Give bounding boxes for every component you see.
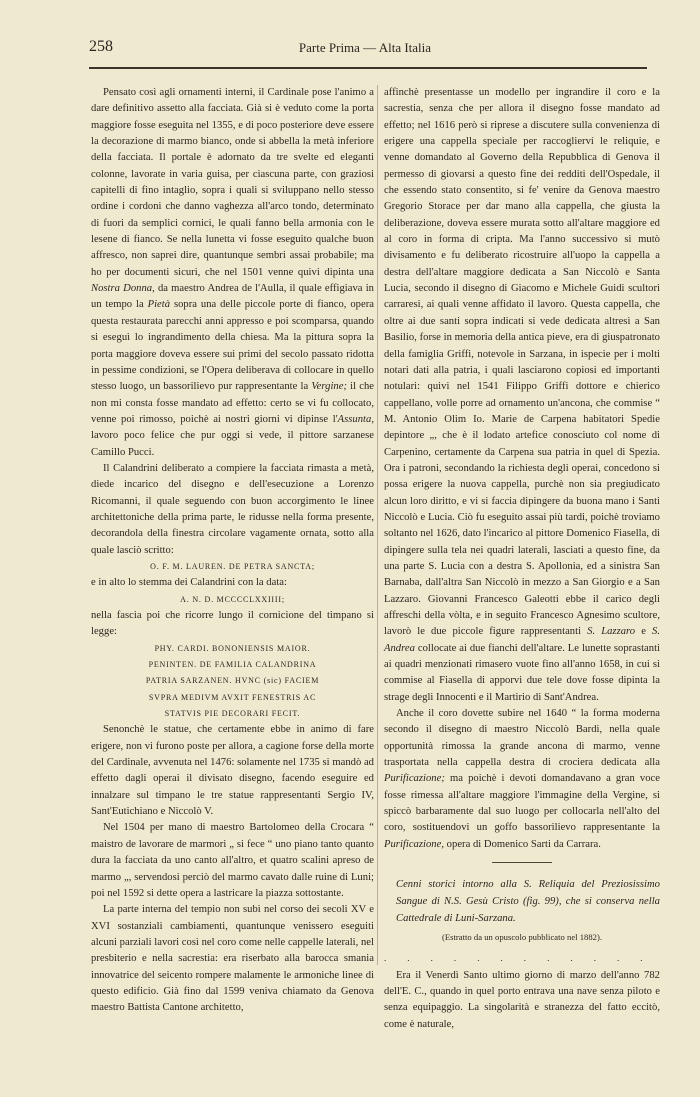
section-rule	[492, 862, 552, 863]
paragraph: Nel 1504 per mano di maestro Bartolomeo …	[91, 820, 374, 902]
inscription-line: PHY. CARDI. BONONIENSIS MAIOR.	[91, 641, 374, 657]
paragraph: Anche il coro dovette subire nel 1640 “ …	[384, 706, 660, 853]
paragraph: La parte interna del tempio non subì nel…	[91, 902, 374, 1016]
paragraph: nella fascia poi che ricorre lungo il co…	[91, 608, 374, 641]
section-title: Cenni storici intorno alla S. Reliquia d…	[384, 876, 660, 927]
paragraph: affinchè presentasse un modello per ingr…	[384, 85, 660, 706]
paragraph: e in alto lo stemma dei Calandrini con l…	[91, 575, 374, 591]
paragraph: Era il Venerdì Santo ultimo giorno di ma…	[384, 968, 660, 1033]
header-rule	[89, 67, 647, 69]
inscription-line: PATRIA SARZANEN. HVNC (sic) FACIEM	[91, 673, 374, 689]
paragraph: Il Calandrini deliberato a compiere la f…	[91, 461, 374, 559]
book-page: 258 Parte Prima — Alta Italia Pensato co…	[0, 0, 700, 1097]
paragraph: Senonchè le statue, che certamente ebbe …	[91, 722, 374, 820]
inscription-line: PENINTEN. DE FAMILIA CALANDRINA	[91, 657, 374, 673]
inscription-line: STATVIS PIE DECORARI FECIT.	[91, 706, 374, 722]
section-note: (Estratto da un opuscolo pubblicato nel …	[384, 929, 660, 945]
right-column: affinchè presentasse un modello per ingr…	[384, 85, 660, 1033]
inscription: O. F. M. LAUREN. DE PETRA SANCTA;	[91, 559, 374, 575]
left-column: Pensato così agli ornamenti interni, il …	[91, 85, 374, 1017]
inscription-block: PHY. CARDI. BONONIENSIS MAIOR. PENINTEN.…	[91, 641, 374, 723]
inscription: A. N. D. MCCCCLXXIIII;	[91, 592, 374, 608]
paragraph: Pensato così agli ornamenti interni, il …	[91, 85, 374, 461]
inscription-line: SVPRA MEDIVM AVXIT FENESTRIS AC	[91, 690, 374, 706]
column-divider	[377, 85, 378, 965]
page-header: 258 Parte Prima — Alta Italia	[89, 38, 641, 62]
ellipsis-dots: . . . . . . . . . . . . . . . . . . . . …	[384, 951, 660, 965]
running-title: Parte Prima — Alta Italia	[89, 40, 641, 56]
